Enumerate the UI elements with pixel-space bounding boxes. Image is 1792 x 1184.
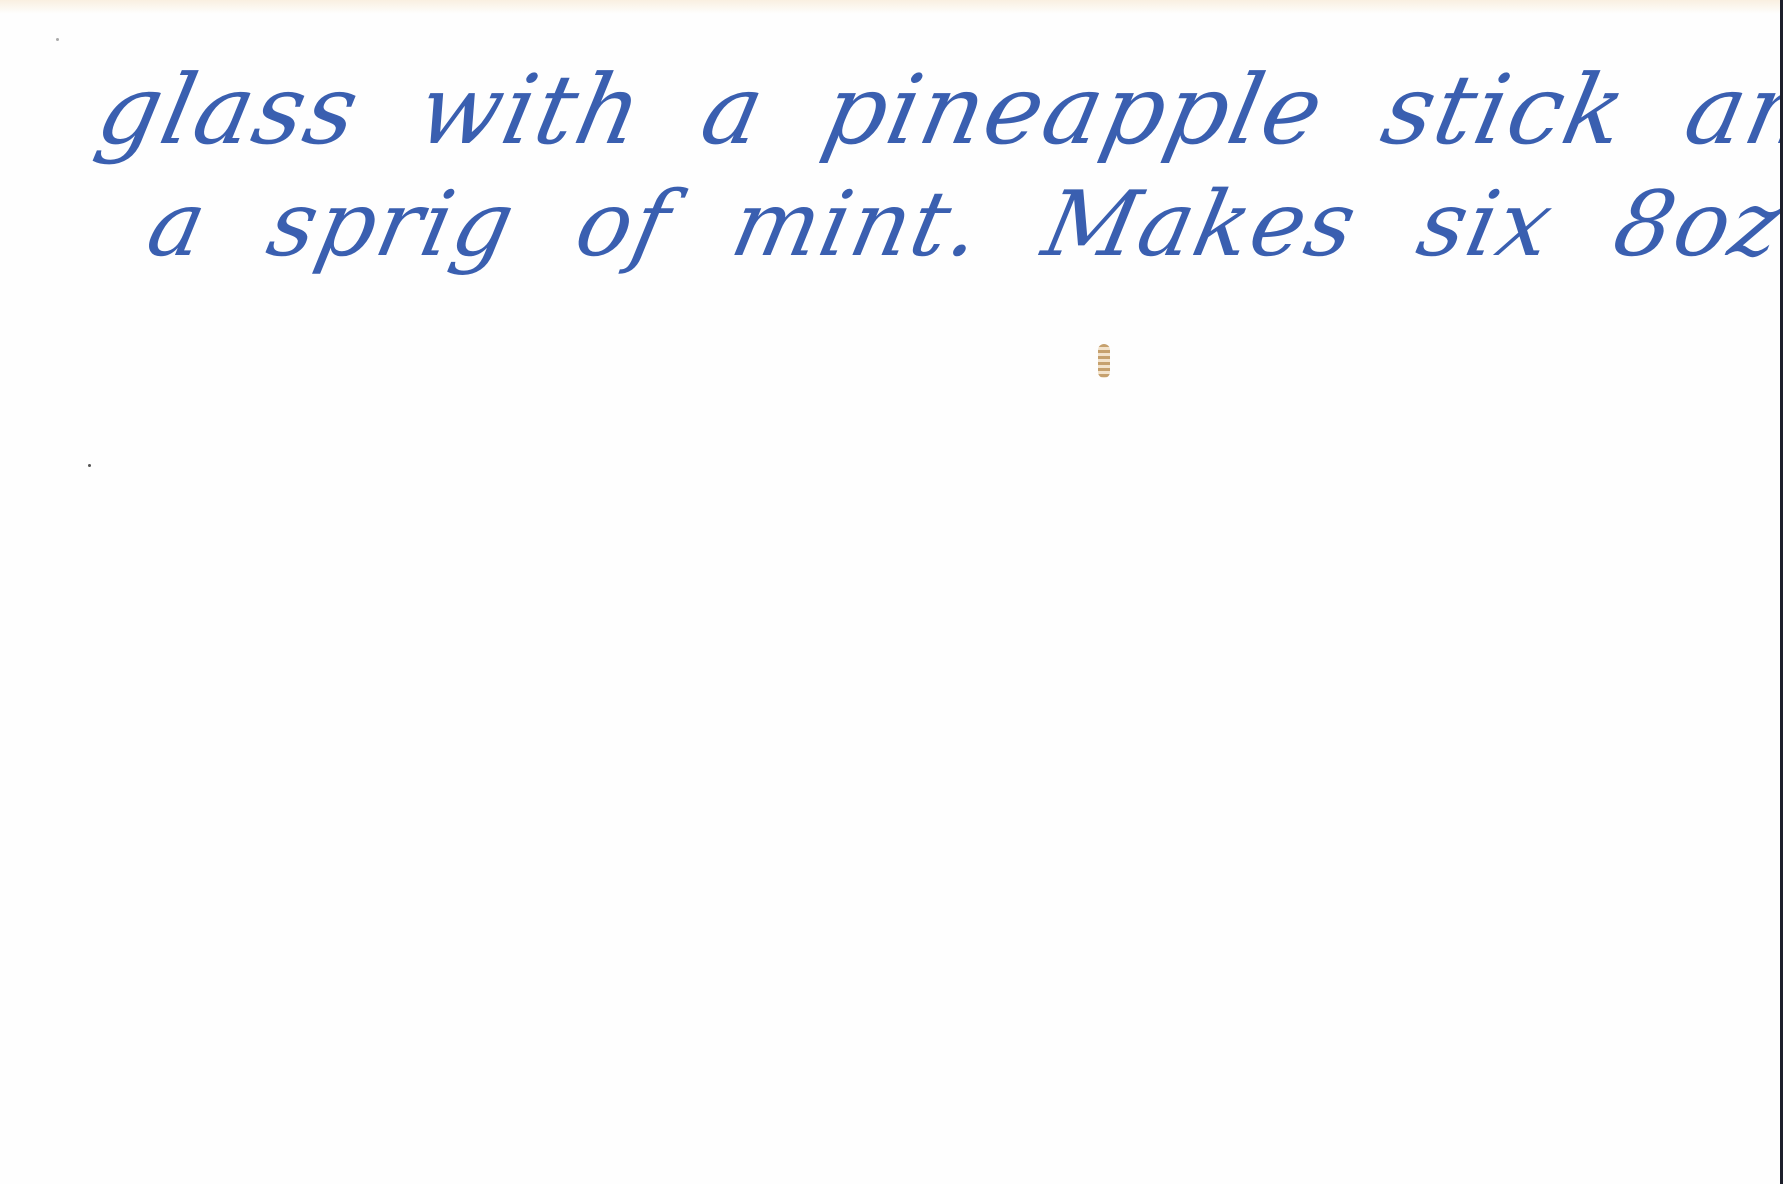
recipe-card: glass with a pineapple stick and a sprig… bbox=[0, 0, 1792, 1184]
paper-edge-tint bbox=[0, 0, 1792, 14]
paper-smudge-mark bbox=[1098, 344, 1110, 378]
paper-speck bbox=[56, 38, 59, 41]
paper-speck bbox=[88, 464, 91, 467]
handwritten-line-2: a sprig of mint. Makes six 8oz. glasses. bbox=[140, 180, 1792, 270]
handwritten-line-1: glass with a pineapple stick and bbox=[90, 62, 1792, 158]
scan-margin bbox=[1783, 0, 1792, 1184]
